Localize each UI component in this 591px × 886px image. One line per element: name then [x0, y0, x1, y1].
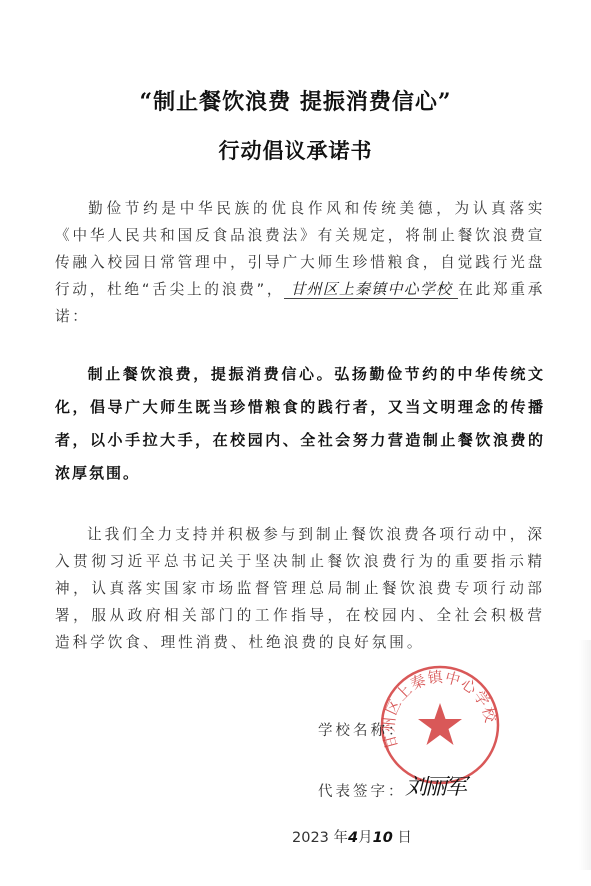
- paragraph-action-text: 让我们全力支持并积极参与到制止餐饮浪费各项行动中，深入贯彻习近平总书记关于坚决制…: [55, 526, 545, 651]
- document-subtitle: 行动倡议承诺书: [0, 135, 591, 165]
- document-title: “制止餐饮浪费 提振消费信心”: [0, 85, 591, 116]
- representative-signature: 刘丽军: [405, 770, 465, 801]
- document-page: “制止餐饮浪费 提振消费信心” 行动倡议承诺书 勤俭节约是中华民族的优良作风和传…: [0, 0, 591, 886]
- representative-signature-label: 代表签字：: [318, 780, 406, 801]
- school-name-label: 学校名称：: [318, 719, 406, 740]
- date-day-unit: 日: [397, 830, 412, 846]
- paragraph-pledge-text: 制止餐饮浪费，提振消费信心。弘扬勤俭节约的中华传统文化，倡导广大师生既当珍惜粮食…: [55, 365, 545, 482]
- handwritten-school-name: 甘州区上秦镇中心学校: [284, 280, 458, 299]
- paragraph-action: 让我们全力支持并积极参与到制止餐饮浪费各项行动中，深入贯彻习近平总书记关于坚决制…: [55, 521, 545, 656]
- document-date: 2023 年4月10 日: [292, 826, 412, 847]
- paragraph-intro: 勤俭节约是中华民族的优良作风和传统美德，为认真落实《中华人民共和国反食品浪费法》…: [55, 195, 545, 330]
- scan-edge-shadow: [579, 640, 591, 870]
- date-month: 4: [348, 830, 358, 846]
- star-icon: [418, 703, 462, 745]
- date-month-unit: 月: [358, 830, 373, 846]
- date-day: 10: [373, 830, 393, 846]
- date-year-unit: 年: [334, 830, 349, 846]
- date-year: 2023: [292, 830, 329, 846]
- paragraph-pledge: 制止餐饮浪费，提振消费信心。弘扬勤俭节约的中华传统文化，倡导广大师生既当珍惜粮食…: [55, 358, 545, 490]
